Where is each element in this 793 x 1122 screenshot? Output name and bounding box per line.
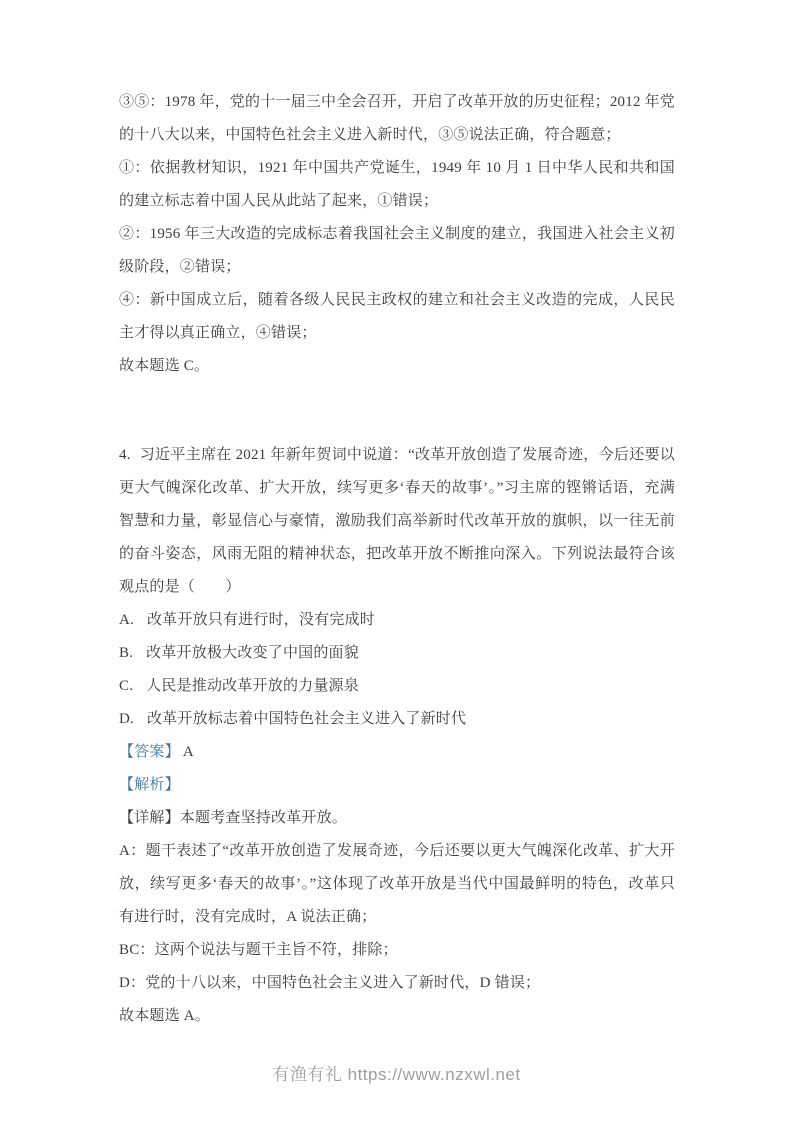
option-c: C.人民是推动改革开放的力量源泉 — [119, 670, 675, 703]
detail-conclusion: 故本题选 A。 — [119, 1000, 675, 1033]
answer-value: A — [183, 744, 194, 760]
answer-label: 【答案】 — [119, 744, 180, 760]
option-a: A.改革开放只有进行时，没有完成时 — [119, 604, 675, 637]
explanation-paragraph: ②：1956 年三大改造的完成标志着我国社会主义制度的建立，我国进入社会主义初级… — [119, 218, 675, 284]
section-spacer — [119, 383, 675, 439]
explanation-paragraph: ③⑤：1978 年，党的十一届三中全会召开，开启了改革开放的历史征程；2012 … — [119, 86, 675, 152]
question-4-block: 4.习近平主席在 2021 年新年贺词中说道：“改革开放创造了发展奇迹，今后还要… — [119, 439, 675, 1033]
option-d-text: 改革开放标志着中国特色社会主义进入了新时代 — [147, 711, 466, 727]
explanation-conclusion: 故本题选 C。 — [119, 350, 675, 383]
explanation-paragraph: ①：依据教材知识，1921 年中国共产党诞生，1949 年 10 月 1 日中华… — [119, 152, 675, 218]
option-a-text: 改革开放只有进行时，没有完成时 — [147, 612, 375, 628]
detail-paragraph: A：题干表述了“改革开放创造了发展奇迹，今后还要以更大气魄深化改革、扩大开放，续… — [119, 835, 675, 934]
option-d: D.改革开放标志着中国特色社会主义进入了新时代 — [119, 703, 675, 736]
option-b-text: 改革开放极大改变了中国的面貌 — [146, 645, 359, 661]
analysis-label: 【解析】 — [119, 777, 180, 793]
detail-paragraph: 【详解】本题考查坚持改革开放。 — [119, 802, 675, 835]
option-a-label: A. — [119, 612, 134, 628]
question-stem: 4.习近平主席在 2021 年新年贺词中说道：“改革开放创造了发展奇迹，今后还要… — [119, 439, 675, 604]
question-number: 4. — [119, 447, 131, 463]
option-b: B.改革开放极大改变了中国的面貌 — [119, 637, 675, 670]
option-d-label: D. — [119, 711, 134, 727]
detail-paragraph: D：党的十八以来，中国特色社会主义进入了新时代，D 错误； — [119, 967, 675, 1000]
page-footer: 有渔有礼 https://www.nzxwl.net — [0, 1060, 793, 1085]
answer-line: 【答案】A — [119, 736, 675, 769]
option-c-text: 人民是推动改革开放的力量源泉 — [146, 678, 359, 694]
footer-url-link[interactable]: https://www.nzxwl.net — [348, 1065, 521, 1084]
detail-paragraph: BC：这两个说法与题干主旨不符，排除； — [119, 934, 675, 967]
question-stem-text: 习近平主席在 2021 年新年贺词中说道：“改革开放创造了发展奇迹，今后还要以更… — [119, 447, 675, 595]
detail-section: 【详解】本题考查坚持改革开放。 A：题干表述了“改革开放创造了发展奇迹，今后还要… — [119, 802, 675, 1033]
option-b-label: B. — [119, 645, 133, 661]
document-page: ③⑤：1978 年，党的十一届三中全会召开，开启了改革开放的历史征程；2012 … — [0, 0, 793, 1122]
option-c-label: C. — [119, 678, 133, 694]
analysis-line: 【解析】 — [119, 769, 675, 802]
footer-site-name: 有渔有礼 — [272, 1065, 342, 1084]
options-list: A.改革开放只有进行时，没有完成时 B.改革开放极大改变了中国的面貌 C.人民是… — [119, 604, 675, 736]
explanation-paragraph: ④：新中国成立后，随着各级人民民主政权的建立和社会主义改造的完成，人民民主才得以… — [119, 284, 675, 350]
q3-explanation-block: ③⑤：1978 年，党的十一届三中全会召开，开启了改革开放的历史征程；2012 … — [119, 86, 675, 383]
